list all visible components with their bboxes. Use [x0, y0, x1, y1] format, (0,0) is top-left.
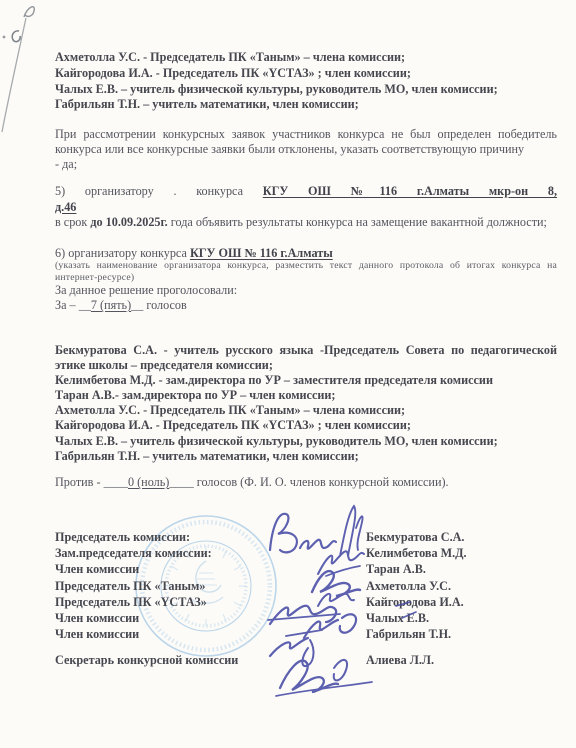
- member-line: Бекмуратова С.А. - учитель русского язык…: [55, 343, 557, 373]
- member-line: Чалых Е.В. – учитель физической культуры…: [55, 82, 557, 98]
- item-6-pre: 6) организатору конкурса: [55, 246, 187, 260]
- handwritten-signatures-icon: [256, 498, 441, 703]
- deadline-date: до 10.09.2025г.: [90, 215, 167, 229]
- signature-title: Председатель ПК «ҮСТАЗ»: [55, 595, 207, 609]
- vote-for-post: голосов: [146, 298, 186, 312]
- deadline-sentence: в срок до 10.09.2025г. года объявить рез…: [55, 215, 557, 230]
- member-line: Ахметолла У.С. - Председатель ПК «Таным»…: [55, 403, 557, 418]
- signature-title: Член комиссии: [55, 627, 139, 641]
- rejection-paragraph: При рассмотрении конкурсных заявок участ…: [55, 127, 557, 158]
- scanned-protocol-page: Ахметолла У.С. - Председатель ПК «Таным»…: [0, 0, 576, 748]
- member-line: Келимбетова М.Д. - зам.директора по УР –…: [55, 373, 557, 388]
- vote-for-pre: За –: [55, 298, 76, 312]
- member-line: Габрильян Т.Н. – учитель математики, чле…: [55, 97, 557, 113]
- secretary-title: Секретарь конкурсной комиссии: [55, 653, 238, 667]
- vote-for-gap: __: [79, 298, 91, 312]
- vote-intro: За данное решение проголосовали:: [55, 283, 557, 298]
- commission-member-list: Бекмуратова С.А. - учитель русского язык…: [55, 343, 557, 464]
- vote-against-value: 0 (ноль): [128, 475, 169, 489]
- item-5-number: 5): [55, 184, 65, 198]
- vote-against-line: Против - ____0 (ноль)____ голосов (Ф. И.…: [55, 475, 557, 490]
- rejection-tail: - да;: [55, 157, 557, 172]
- member-line: Кайгородова И.А. - Председатель ПК «ҮСТА…: [55, 418, 557, 433]
- item-5-line1: 5) организатору . конкурса КГУ ОШ №116 г…: [55, 184, 557, 200]
- vote-against-gap: ____: [169, 475, 193, 489]
- member-line: Габрильян Т.Н. – учитель математики, чле…: [55, 449, 557, 464]
- deadline-pre: в срок: [55, 215, 87, 229]
- fine-print-note: (указать наименование организатора конку…: [55, 260, 557, 283]
- member-line: Кайгородова И.А. - Председатель ПК «ҮСТА…: [55, 66, 557, 82]
- vote-against-pre: Против -: [55, 475, 101, 489]
- signature-title: Член комиссии: [55, 562, 139, 576]
- signature-title: Член комиссии: [55, 611, 139, 625]
- vote-against-gap: ____: [104, 475, 128, 489]
- item-5: 5) организатору . конкурса КГУ ОШ №116 г…: [55, 184, 557, 215]
- member-line: Ахметолла У.С. - Председатель ПК «Таным»…: [55, 50, 557, 66]
- item-5-word: организатору: [85, 184, 154, 198]
- vote-against-post: голосов (Ф. И. О. членов конкурсной коми…: [197, 475, 449, 489]
- item-5-filled-value: КГУ ОШ №116 г.Алматы мкр-он 8,: [263, 184, 557, 198]
- item-5-filled-value-2: д.46: [55, 200, 76, 214]
- vote-for-value: 7 (пять): [91, 298, 131, 312]
- signature-title: Председатель комиссии:: [55, 530, 190, 544]
- vote-for-gap: __: [131, 298, 143, 312]
- item-5-word: . конкурса: [173, 184, 243, 198]
- member-line: Таран А.В.- зам.директора по УР – член к…: [55, 388, 557, 403]
- signature-title: Председатель ПК «Таным»: [55, 579, 205, 593]
- item-6-filled-value: КГУ ОШ № 116 г.Алматы: [190, 246, 333, 260]
- member-line: Чалых Е.В. – учитель физической культуры…: [55, 434, 557, 449]
- top-member-list: Ахметолла У.С. - Председатель ПК «Таным»…: [55, 50, 557, 113]
- deadline-post: года объявить результаты конкурса на зам…: [171, 215, 547, 229]
- signature-title: Зам.председателя комиссии:: [55, 546, 212, 560]
- vote-for-line: За – __7 (пять)__ голосов: [55, 298, 557, 313]
